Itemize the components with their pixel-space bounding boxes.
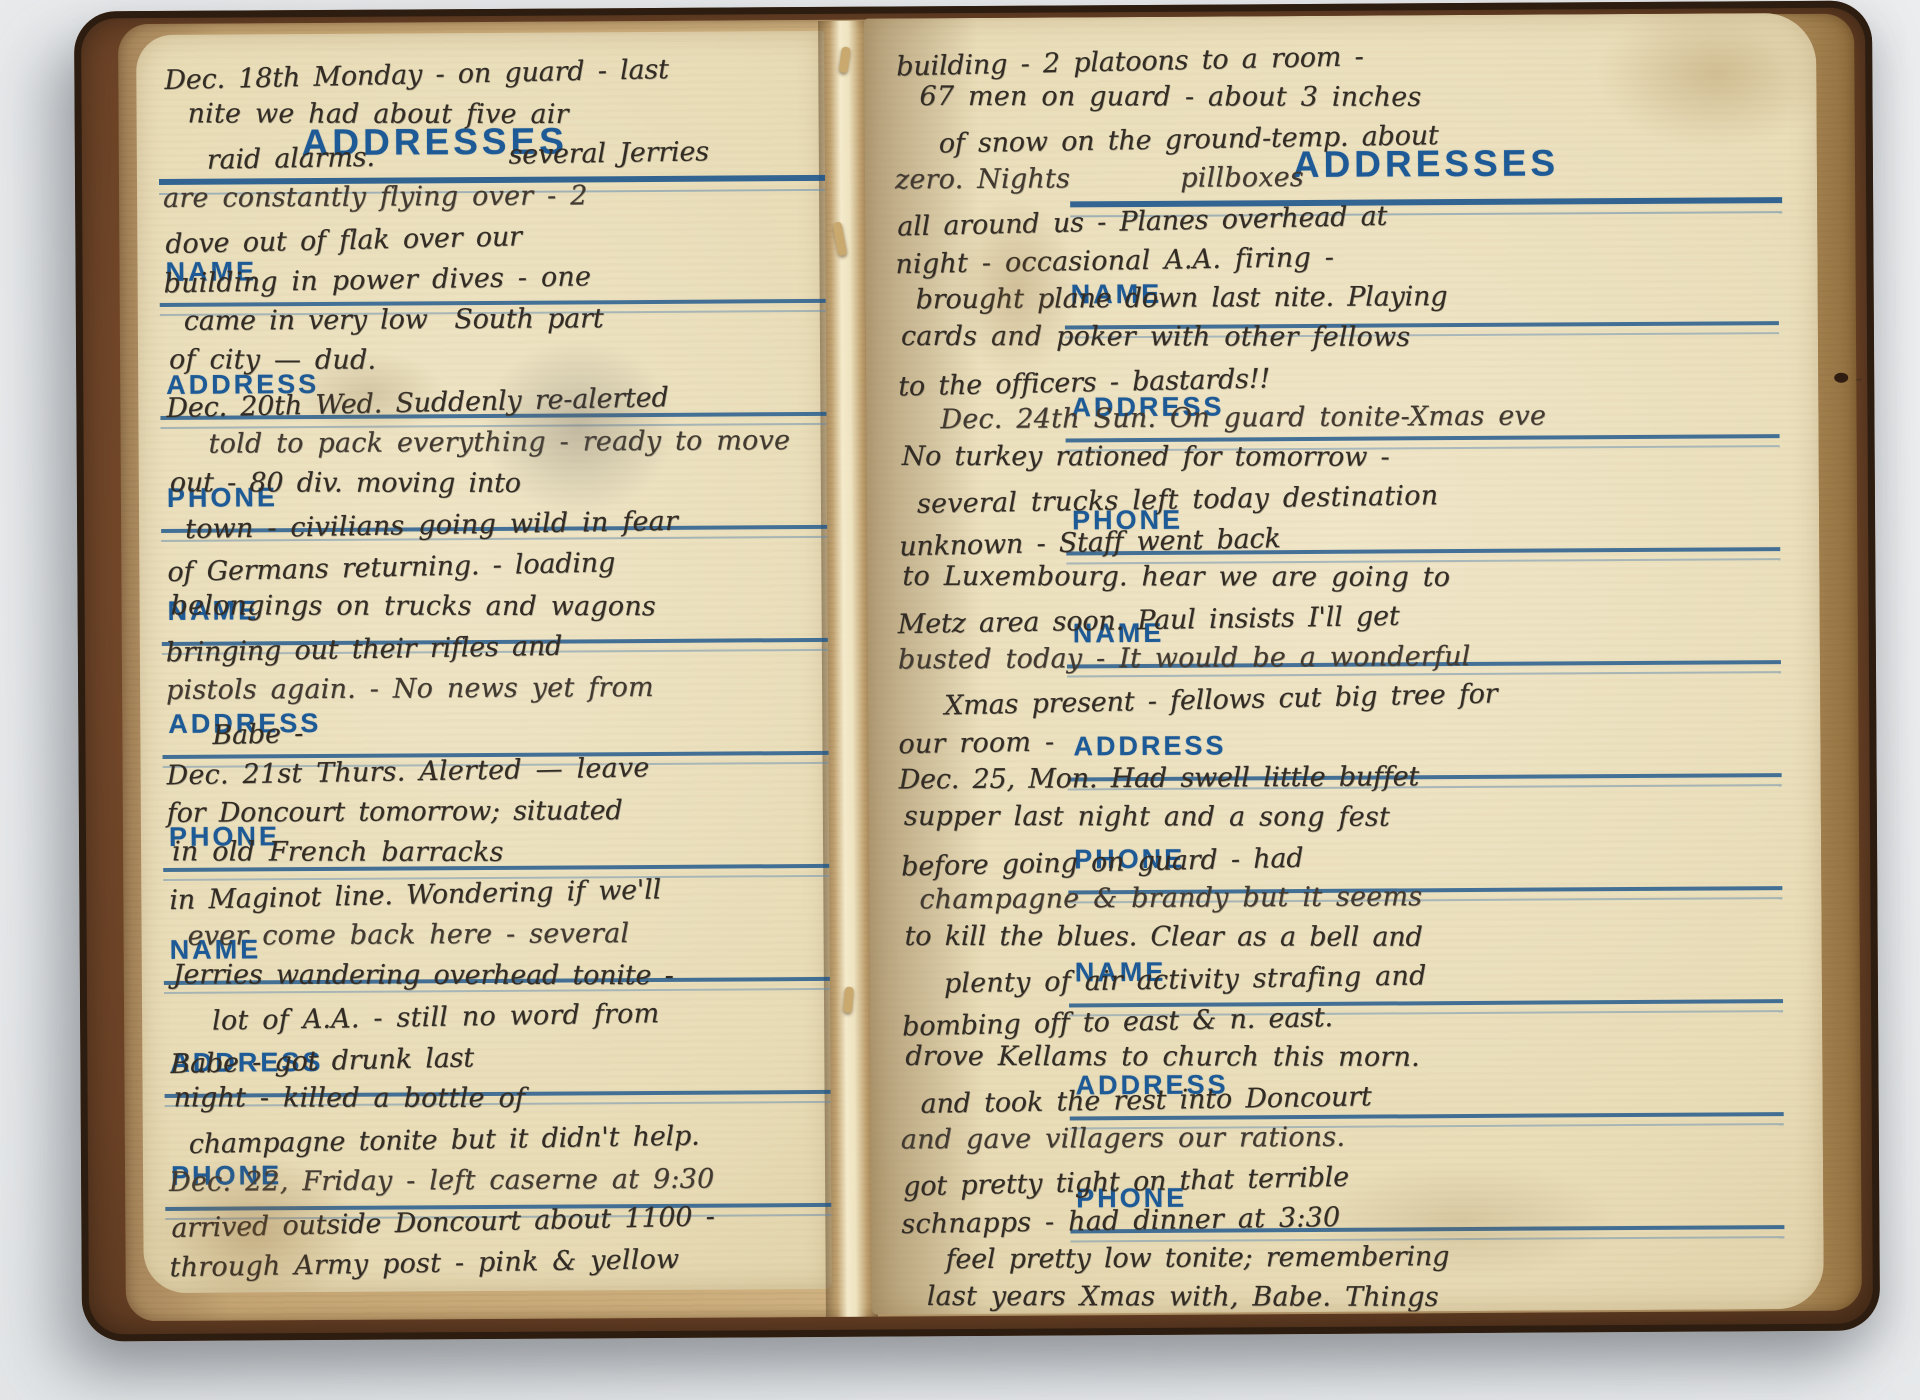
- handwriting-line: for Doncourt tomorrow; situated: [167, 789, 827, 834]
- cover-speck: [1834, 373, 1848, 383]
- right-page: ADDRESSES NAME ADDRESS PHONE: [864, 13, 1824, 1315]
- left-handwriting: Dec. 18th Monday - on guard - lastnite w…: [162, 51, 830, 1293]
- left-page: ADDRESSES NAME ADDRESS PHONE: [136, 31, 832, 1293]
- leather-diary-cover: ADDRESSES NAME ADDRESS PHONE: [74, 1, 1880, 1342]
- handwriting-line: belongings on trucks and wagons: [171, 585, 831, 627]
- handwriting-line: Jerries wandering overhead tonite -: [173, 954, 832, 996]
- handwriting-line: nite we had about five air: [168, 93, 828, 135]
- photo-background: ADDRESSES NAME ADDRESS PHONE: [0, 0, 1920, 1400]
- handwriting-line: came in very low South part: [164, 297, 824, 342]
- handwriting-line: night - killed a bottle of: [174, 1077, 832, 1119]
- right-handwriting: building - 2 platoons to a room -67 men …: [894, 35, 1802, 1314]
- handwriting-line: last years Xmas with, Babe. Things: [907, 1277, 1807, 1315]
- handwriting-line: out - 80 div. moving into: [170, 462, 830, 504]
